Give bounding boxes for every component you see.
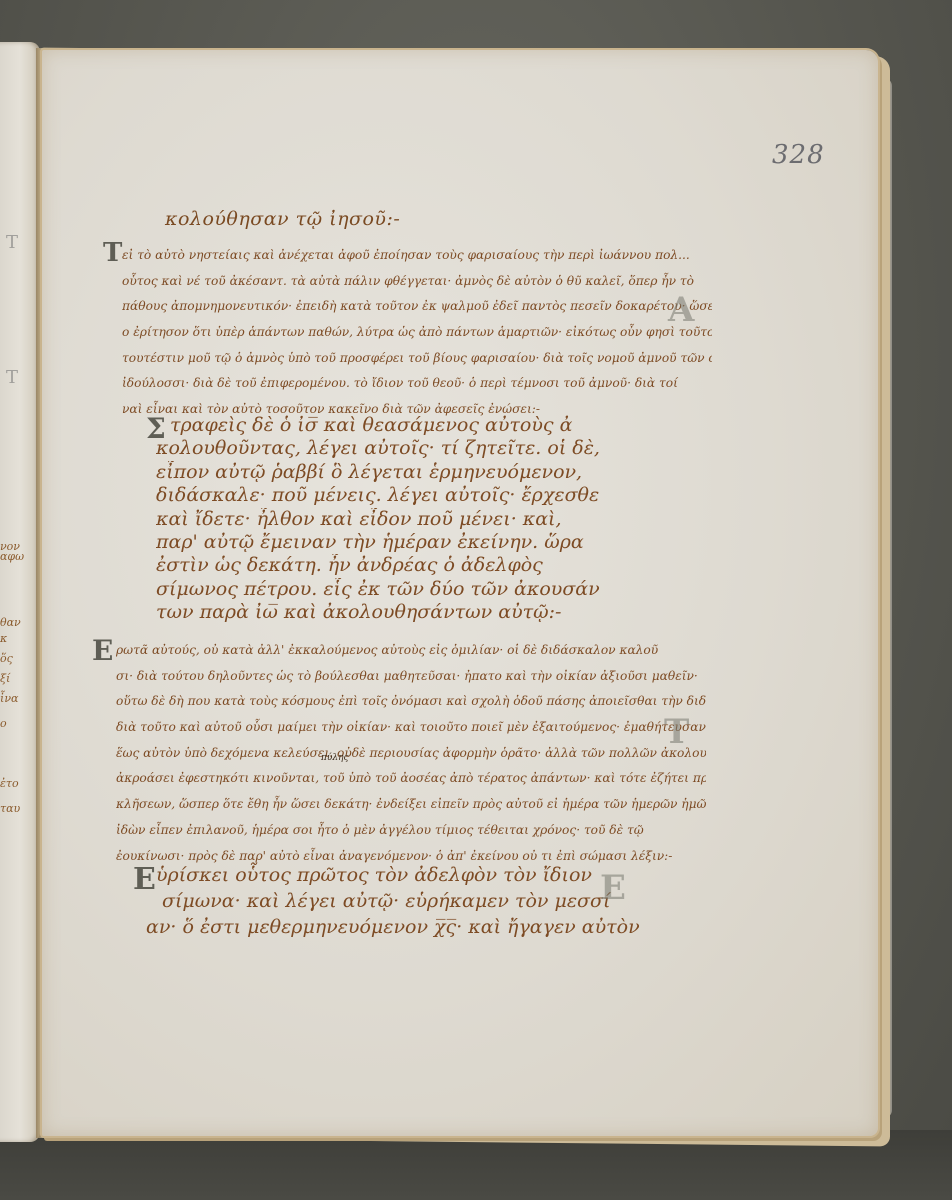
text-line: εἶπον αὐτῷ ῥαββί ὃ λέγεται ἑρμηνευόμενον…	[156, 461, 670, 484]
text-line: εἰ τὸ αὐτὸ νηστείαις καὶ ἀνέχεται ἀφοῦ ἐ…	[122, 243, 712, 269]
initial-letter: Ε	[133, 862, 156, 897]
margin-fragment: κ	[0, 632, 7, 645]
text-line: ἕως αὐτὸν ὑπὸ δεχόμενα κελεύσει. οὐδὲ πε…	[116, 741, 706, 767]
initial-letter: Τ	[103, 238, 122, 268]
text-line: ὑρίσκει οὗτος πρῶτος τὸν ἀδελφὸν τὸν ἴδι…	[156, 862, 656, 888]
left-page-edge: Τ Τ νον αφω θαν κ ὅς ξί ἶνα ο ἐτο ταυ	[0, 42, 40, 1142]
interlinear-gloss: πύλης	[321, 753, 349, 763]
text-line: σίμωνος πέτρου. εἷς ἐκ τῶν δύο τῶν ἀκουσ…	[156, 578, 670, 601]
margin-fragment: ἐτο	[0, 777, 19, 790]
text-line: παρ' αὐτῷ ἔμειναν τὴν ἡμέραν ἐκείνην. ὥρ…	[156, 531, 670, 554]
text-line: διὰ τοῦτο καὶ αὐτοῦ οὗσι μαίμει τὴν οἰκί…	[116, 715, 706, 741]
text-line: κολουθοῦντας, λέγει αὐτοῖς· τί ζητεῖτε. …	[156, 437, 670, 460]
text-line: ο ἐρίτησον ὅτι ὑπὲρ ἁπάντων παθών, λύτρα…	[122, 320, 712, 346]
text-line: ἀκροάσει ἐφεστηκότι κινοῦνται, τοῦ ὑπὸ τ…	[116, 766, 706, 792]
text-line: ρωτᾶ αὐτούς, οὐ κατὰ ἀλλ' ἐκκαλούμενος α…	[116, 638, 706, 664]
gospel-text-block-2: ὑρίσκει οὗτος πρῶτος τὸν ἀδελφὸν τὸν ἴδι…	[156, 862, 656, 940]
heading-line: κολούθησαν τῷ ἰησοῦ:-	[165, 208, 400, 230]
margin-fragment: ο	[0, 717, 7, 730]
offset-initial-left-1: Τ	[6, 232, 18, 253]
offset-initial: Τ	[664, 712, 689, 752]
text-line: ἰδὼν εἶπεν ἐπιλανοῦ, ἡμέρα σοι ἦτο ὁ μὲν…	[116, 818, 706, 844]
text-line: διδάσκαλε· ποῦ μένεις. λέγει αὐτοῖς· ἔρχ…	[156, 484, 670, 507]
margin-fragment: ξί	[0, 672, 10, 685]
margin-fragment: θαν	[0, 616, 21, 629]
offset-initial: Ε	[600, 868, 626, 908]
text-line: οὗτος καὶ νέ τοῦ ἀκέσαντ. τὰ αὐτὰ πάλιν …	[122, 269, 712, 295]
margin-fragment: αφω	[0, 550, 24, 563]
text-line: καὶ ἴδετε· ἦλθον καὶ εἶδον ποῦ μένει· κα…	[156, 508, 670, 531]
folio-number: 328	[772, 140, 825, 170]
offset-initial-left-2: Τ	[6, 367, 18, 388]
initial-letter: Ε	[92, 634, 113, 667]
text-line: των παρὰ ἰω̅ καὶ ἀκολουθησάντων αὐτῷ:-	[156, 601, 670, 624]
margin-fragment: ταυ	[0, 802, 20, 815]
text-line: ἰδούλοσσι· διὰ δὲ τοῦ ἐπιφερομένου. τὸ ἴ…	[122, 371, 712, 397]
margin-fragment: ὅς	[0, 652, 13, 665]
text-line: ἐστὶν ὡς δεκάτη. ἦν ἀνδρέας ὁ ἀδελφὸς	[156, 554, 670, 577]
text-line: πάθους ἀπομνημονευτικόν· ἐπειδὴ κατὰ τοῦ…	[122, 294, 712, 320]
margin-fragment: ἶνα	[0, 692, 18, 705]
text-line: σίμωνα· καὶ λέγει αὐτῷ· εὑρήκαμεν τὸν με…	[162, 888, 656, 914]
commentary-block-1: εἰ τὸ αὐτὸ νηστείαις καὶ ἀνέχεται ἀφοῦ ἐ…	[122, 243, 712, 423]
text-line: τουτέστιν μοῦ τῷ ὁ ἀμνὸς ὑπὸ τοῦ προσφέρ…	[122, 346, 712, 372]
text-line: τραφεὶς δὲ ὁ ἰσ̅ καὶ θεασάμενος αὐτοὺς ἀ	[170, 414, 670, 437]
gospel-text-block-1: τραφεὶς δὲ ὁ ἰσ̅ καὶ θεασάμενος αὐτοὺς ἀ…	[170, 414, 670, 625]
offset-initial: Α	[668, 290, 694, 330]
text-line: οὕτω δὲ δὴ που κατὰ τοὺς κόσμους ἐπὶ τοῖ…	[116, 689, 706, 715]
text-line: σι· διὰ τούτου δηλοῦντες ὡς τὸ βούλεσθαι…	[116, 664, 706, 690]
commentary-block-2: ρωτᾶ αὐτούς, οὐ κατὰ ἀλλ' ἐκκαλούμενος α…	[116, 638, 706, 869]
text-line: αν· ὅ ἐστι μεθερμηνευόμενον χ̅ς̅· καὶ ἤγ…	[146, 914, 656, 940]
text-line: κλῆσεων, ὥσπερ ὅτε ἔθη ἦν ὥσει δεκάτη· ἐ…	[116, 792, 706, 818]
